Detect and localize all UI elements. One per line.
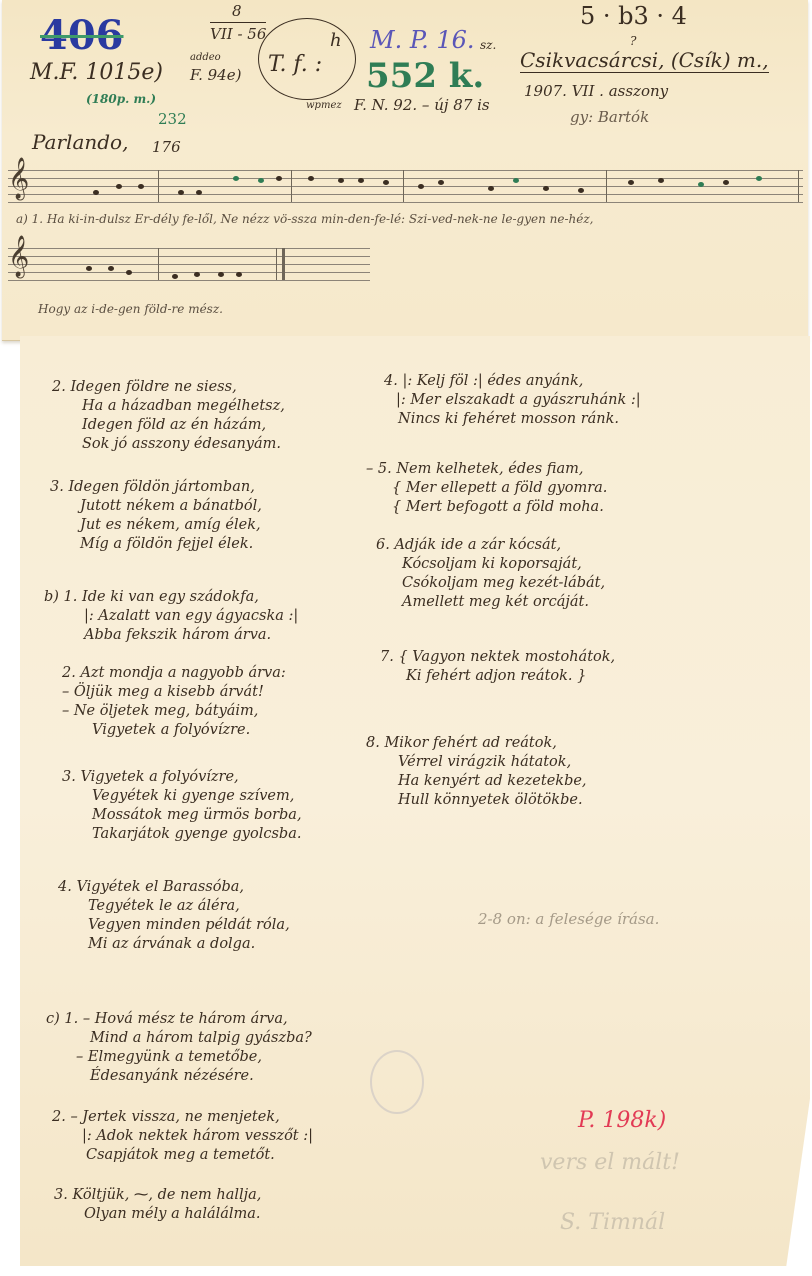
verse-b-3: 3. Vigyetek a folyóvízre, Vegyétek ki gy…: [62, 768, 302, 844]
catalog-f: F. 94e): [190, 66, 241, 84]
location: Csikvacsárcsi, (Csík) m.,: [520, 48, 769, 73]
catalog-gy: F. N. 92. – új 87 is: [354, 96, 490, 114]
catalog-gy-prefix: wpmez: [306, 100, 342, 111]
date-collected: 1907. VII . asszony: [524, 82, 668, 100]
music-staff-1: 𝄞: [8, 170, 803, 202]
pencil-bottom-note-2: S. Timnál: [560, 1210, 665, 1235]
tempo-value-old: 176: [152, 138, 181, 156]
catalog-f-super: addeo: [190, 52, 221, 63]
date-fraction-bottom: VII - 56: [210, 22, 266, 43]
verse-a-2: 2. Idegen földre ne siess, Ha a házadban…: [52, 378, 285, 454]
verse-c-3: 3. Költjük, ⁓, de nem hallja, Olyan mély…: [54, 1186, 261, 1224]
verse-b-4: 4. Vigyétek el Barassóba, Tegyétek le az…: [58, 878, 290, 954]
staff-1-lyrics: a) 1. Ha ki-in-dulsz Er-dély fe-lől, Ne …: [16, 212, 594, 226]
catalog-mp-suffix: sz.: [480, 38, 496, 52]
verse-a-3: 3. Idegen földön jártomban, Jutott nékem…: [50, 478, 262, 554]
code-question: ?: [630, 34, 636, 48]
verse-b-2: 2. Azt mondja a nagyobb árva: – Öljük me…: [62, 664, 286, 740]
red-catalog-code: P. 198k): [578, 1108, 666, 1133]
verse-c-2: 2. – Jertek vissza, ne menjetek, |: Adok…: [52, 1108, 313, 1165]
verse-c-8: 8. Mikor fehért ad reátok, Vérrel virágz…: [366, 734, 587, 810]
pencil-note-handwriting: 2-8 on: a felesége írása.: [478, 910, 659, 928]
catalog-k: 552 k.: [366, 56, 484, 96]
catalog-mf-sub: (180p. m.): [86, 92, 156, 106]
circled-tf-super: h: [330, 30, 342, 51]
catalog-mf: M.F. 1015e): [30, 60, 163, 85]
verse-c-1: c) 1. – Hová mész te három árva, Mind a …: [46, 1010, 312, 1086]
treble-clef-icon: 𝄞: [8, 236, 29, 278]
music-staff-2: 𝄞: [8, 248, 370, 280]
staff-2-lyrics: Hogy az i-de-gen föld-re mész.: [38, 302, 223, 316]
catalog-mp: M. P. 16.: [370, 26, 475, 54]
pencil-bottom-note-1: vers el mált!: [540, 1150, 680, 1175]
tempo-value-new: 232: [158, 110, 187, 128]
verse-c-5: – 5. Nem kelhetek, édes fiam, { Mer elle…: [366, 460, 607, 517]
tempo-marking: Parlando,: [32, 130, 128, 154]
treble-clef-icon: 𝄞: [8, 158, 29, 200]
faded-stamp: [370, 1050, 424, 1114]
circled-tf: T. f. :: [268, 52, 322, 77]
date-fraction-top: 8: [232, 2, 242, 20]
collector: gy: Bartók: [570, 108, 649, 126]
verse-c-4: 4. |: Kelj föl :| édes anyánk, |: Mer el…: [384, 372, 641, 429]
verse-c-6: 6. Adják ide a zár kócsát, Kócsoljam ki …: [376, 536, 605, 612]
verse-b-1: b) 1. Ide ki van egy szádokfa, |: Azalat…: [44, 588, 298, 645]
code-top-right: 5 · b3 · 4: [580, 2, 687, 30]
verse-c-7: 7. { Vagyon nektek mostohátok, Ki fehért…: [380, 648, 615, 686]
crossed-catalog-number: 406: [40, 12, 124, 59]
